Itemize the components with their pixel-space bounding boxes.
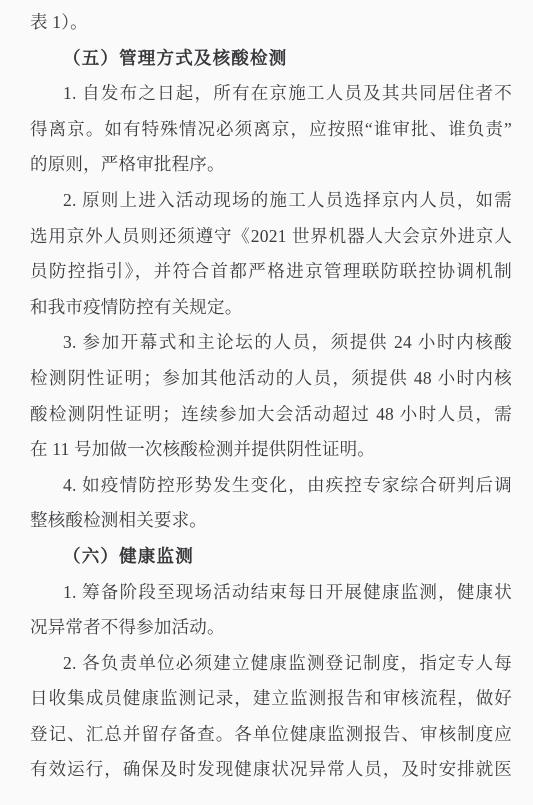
section-heading-6: （六）健康监测 [30, 539, 512, 575]
text-line: 有效运行，确保及时发现健康状况异常人员，及时安排就医 [30, 752, 512, 788]
text-line: 表 1）。 [30, 5, 512, 41]
para-5-2: 2. 原则上进入活动现场的施工人员选择京内人员，如需选用京外人员则还须遵守《20… [30, 183, 512, 325]
text-line: 登记、汇总并留存备查。各单位健康监测报告、审核制度应 [30, 717, 512, 753]
text-line: 和我市疫情防控有关规定。 [30, 290, 512, 326]
document-text-block: 表 1）。（五）管理方式及核酸检测1. 自发布之日起，所有在京施工人员及其共同居… [30, 5, 512, 788]
text-line: 3. 参加开幕式和主论坛的人员，须提供 24 小时内核酸 [30, 325, 512, 361]
text-line: （五）管理方式及核酸检测 [30, 41, 512, 77]
text-line: 酸检测阴性证明；连续参加大会活动超过 48 小时人员，需 [30, 397, 512, 433]
para-6-2: 2. 各负责单位必须建立健康监测登记制度，指定专人每日收集成员健康监测记录，建立… [30, 646, 512, 788]
para-6-1: 1. 筹备阶段至现场活动结束每日开展健康监测，健康状况异常者不得参加活动。 [30, 575, 512, 646]
text-line: 得离京。如有特殊情况必须离京，应按照“谁审批、谁负责” [30, 112, 512, 148]
text-line: 2. 各负责单位必须建立健康监测登记制度，指定专人每 [30, 646, 512, 682]
text-line: 检测阴性证明；参加其他活动的人员，须提供 48 小时内核 [30, 361, 512, 397]
para-5-4: 4. 如疫情防控形势发生变化，由疾控专家综合研判后调整核酸检测相关要求。 [30, 468, 512, 539]
text-line: 1. 自发布之日起，所有在京施工人员及其共同居住者不 [30, 76, 512, 112]
section-heading-5: （五）管理方式及核酸检测 [30, 41, 512, 77]
text-line: 的原则，严格审批程序。 [30, 147, 512, 183]
text-line: 4. 如疫情防控形势发生变化，由疾控专家综合研判后调 [30, 468, 512, 504]
text-line: 2. 原则上进入活动现场的施工人员选择京内人员，如需 [30, 183, 512, 219]
para-5-1: 1. 自发布之日起，所有在京施工人员及其共同居住者不得离京。如有特殊情况必须离京… [30, 76, 512, 183]
text-line: 在 11 号加做一次核酸检测并提供阴性证明。 [30, 432, 512, 468]
continuation-line: 表 1）。 [30, 5, 512, 41]
text-line: 员防控指引》，并符合首都严格进京管理联防联控协调机制 [30, 254, 512, 290]
text-line: 选用京外人员则还须遵守《2021 世界机器人大会京外进京人 [30, 219, 512, 255]
text-line: 1. 筹备阶段至现场活动结束每日开展健康监测，健康状 [30, 575, 512, 611]
document-page: 表 1）。（五）管理方式及核酸检测1. 自发布之日起，所有在京施工人员及其共同居… [0, 0, 533, 805]
text-line: （六）健康监测 [30, 539, 512, 575]
para-5-3: 3. 参加开幕式和主论坛的人员，须提供 24 小时内核酸检测阴性证明；参加其他活… [30, 325, 512, 467]
text-line: 整核酸检测相关要求。 [30, 503, 512, 539]
text-line: 日收集成员健康监测记录，建立监测报告和审核流程，做好 [30, 681, 512, 717]
text-line: 况异常者不得参加活动。 [30, 610, 512, 646]
